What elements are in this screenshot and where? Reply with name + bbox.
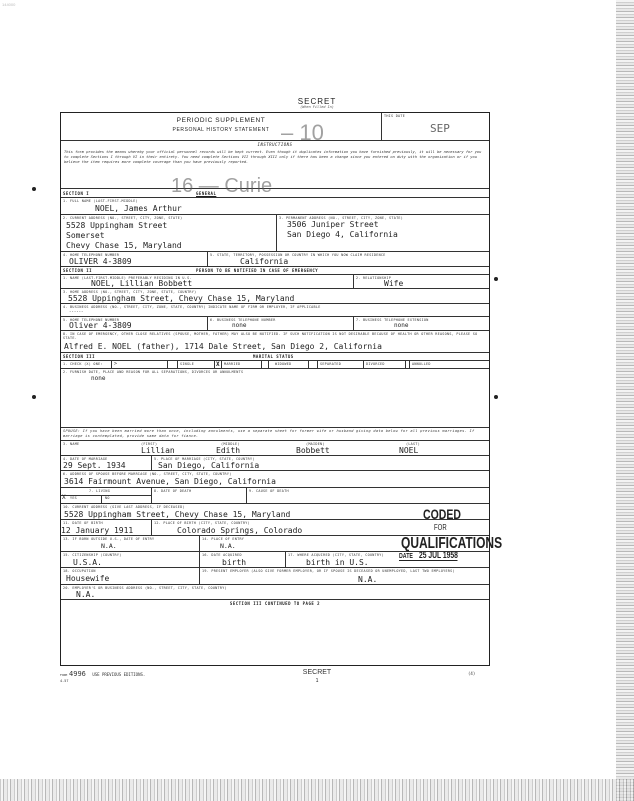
binder-hole-dot	[494, 277, 498, 281]
binder-hole-dot	[494, 395, 498, 399]
stamp-date: 25 JUL 1958	[419, 550, 458, 560]
section-3-header: SECTION III MARITAL STATUS	[61, 352, 489, 360]
married-checkbox[interactable]: X	[214, 361, 221, 368]
separations-field[interactable]: 2. FURNISH DATE, PLACE AND REASON FOR AL…	[61, 368, 489, 427]
present-employer-field[interactable]: 19. PRESENT EMPLOYER (Also give former e…	[199, 568, 489, 584]
emergency-business-address-field[interactable]: 4. BUSINESS ADDRESS (No., Street, City, …	[61, 303, 489, 316]
home-phone-field[interactable]: 4. HOME TELEPHONE NUMBER OLIVER 4-3809	[61, 252, 207, 266]
date-acquired-field[interactable]: 16. DATE ACQUIRED birth	[199, 552, 285, 567]
permanent-address-field[interactable]: 3. PERMANENT ADDRESS (No., Street, City,…	[276, 215, 489, 251]
section-1-header: SECTION I GENERAL 16 — Curie	[61, 188, 489, 197]
annulled-checkbox[interactable]: ANNULLED	[409, 361, 489, 368]
classification-subtitle: (When Filled In)	[0, 105, 634, 109]
instructions-text: This form provides the means whereby you…	[64, 150, 486, 165]
spouse-first-name: Lillian	[141, 446, 175, 455]
section-1-label: SECTION I	[63, 191, 89, 196]
section-continued-row: SECTION III CONTINUED TO PAGE 2	[61, 599, 489, 607]
full-name-value: NOEL, James Arthur	[95, 204, 182, 213]
other-relatives-field[interactable]: 8. IN CASE OF EMERGENCY, OTHER CLOSE REL…	[61, 330, 489, 352]
address-row: 2. CURRENT ADDRESS (No., Street, City, Z…	[61, 214, 489, 251]
binder-hole-dot	[32, 395, 36, 399]
spouse-middle-name: Edith	[216, 446, 240, 455]
where-acquired-field[interactable]: 17. WHERE ACQUIRED (City, State, Country…	[285, 552, 489, 567]
emergency-business-ext-field[interactable]: 7. BUSINESS TELEPHONE EXTENSION none	[353, 317, 489, 330]
full-name-field[interactable]: 1. FULL NAME (Last-First-Middle) NOEL, J…	[61, 197, 489, 214]
personal-history-form: PERIODIC SUPPLEMENT PERSONAL HISTORY STA…	[60, 112, 490, 666]
spouse-note: SPOUSE: If you have been married more th…	[61, 427, 489, 440]
relationship-field[interactable]: 2. RELATIONSHIP Wife	[353, 275, 489, 288]
instructions-heading: INSTRUCTIONS	[61, 142, 489, 147]
this-date-field[interactable]: THIS DATE SEP	[381, 113, 489, 140]
form-title: PERIODIC SUPPLEMENT	[61, 117, 381, 124]
marriage-row: 4. DATE OF MARRIAGE 29 Sept. 1934 5. PLA…	[61, 455, 489, 470]
emergency-home-phone-field[interactable]: 5. HOME TELEPHONE NUMBER Oliver 4-3809	[61, 317, 207, 330]
instructions-block: INSTRUCTIONS This form provides the mean…	[61, 140, 489, 188]
living-yes-checkbox[interactable]: X YES	[61, 495, 101, 503]
marriage-date-field[interactable]: 4. DATE OF MARRIAGE 29 Sept. 1934	[61, 456, 151, 470]
page-number: 1	[0, 678, 634, 684]
emergency-home-address-field[interactable]: 3. HOME ADDRESS (No., Street, City, Zone…	[61, 288, 489, 303]
phone-residence-row: 4. HOME TELEPHONE NUMBER OLIVER 4-3809 5…	[61, 251, 489, 266]
separated-checkbox[interactable]	[308, 361, 317, 368]
form-code: (4)	[468, 671, 475, 676]
stamp-for: FOR	[434, 523, 447, 532]
occupation-row: 18. OCCUPATION Housewife 19. PRESENT EMP…	[61, 567, 489, 584]
emergency-name-row: 1. NAME (Last-First-Middle) PREFERABLY R…	[61, 274, 489, 288]
emergency-name-field[interactable]: 1. NAME (Last-First-Middle) PREFERABLY R…	[61, 275, 353, 288]
divorced-checkbox[interactable]: DIVORCED	[363, 361, 405, 368]
single-checkbox[interactable]	[167, 361, 177, 368]
widowed-checkbox[interactable]	[261, 361, 268, 368]
binder-hole-dot	[32, 187, 36, 191]
birth-date-field[interactable]: 11. DATE OF BIRTH 12 January 1911	[61, 520, 151, 535]
spouse-prior-address-field[interactable]: 6. ADDRESS OF SPOUSE BEFORE MARRIAGE (No…	[61, 470, 489, 487]
employer-address-field[interactable]: 20. EMPLOYER'S OR BUSINESS ADDRESS (No.,…	[61, 584, 489, 599]
form-header: PERIODIC SUPPLEMENT PERSONAL HISTORY STA…	[61, 113, 489, 140]
this-date-value: SEP	[430, 122, 450, 135]
classification-bottom: SECRET	[0, 669, 634, 676]
scan-edge-artifact	[616, 0, 634, 801]
death-cause-field[interactable]: 9. CAUSE OF DEATH	[246, 488, 376, 503]
birth-place-field[interactable]: 12. PLACE OF BIRTH (City, State, Country…	[151, 520, 376, 535]
emergency-phones-row: 5. HOME TELEPHONE NUMBER Oliver 4-3809 6…	[61, 316, 489, 330]
section-2-header: SECTION II PERSON TO BE NOTIFIED IN CASE…	[61, 266, 489, 274]
residence-field[interactable]: 5. STATE, TERRITORY, POSSESSION OR COUNT…	[207, 252, 489, 266]
form-subtitle: PERSONAL HISTORY STATEMENT	[61, 127, 381, 133]
document-id: 144000	[2, 2, 15, 7]
handwritten-annotation: 16 — Curie	[171, 175, 272, 198]
scan-edge-artifact	[0, 779, 634, 801]
entry-date-field[interactable]: 13. IF BORN OUTSIDE U.S., DATE OF ENTRY …	[61, 536, 199, 551]
coded-stamp: CODED	[423, 506, 461, 522]
marriage-place-field[interactable]: 5. PLACE OF MARRIAGE (City, State, Count…	[151, 456, 489, 470]
spouse-last-name: NOEL	[399, 446, 418, 455]
death-date-field[interactable]: 8. DATE OF DEATH	[151, 488, 246, 503]
living-death-row: 7. LIVING X YES NO 8. DATE OF DEATH 9. C…	[61, 487, 489, 503]
living-no-checkbox[interactable]: NO	[101, 495, 151, 503]
spouse-name-row[interactable]: 3. NAME (First) Lillian (Middle) Edith (…	[61, 440, 489, 455]
emergency-business-phone-field[interactable]: 6. BUSINESS TELEPHONE NUMBER none	[207, 317, 353, 330]
citizenship-field[interactable]: 15. CITIZENSHIP (Country) U.S.A.	[61, 552, 199, 567]
marital-status-row: 1. CHECK (X) ONE: > SINGLE X MARRIED WID…	[61, 360, 489, 368]
occupation-field[interactable]: 18. OCCUPATION Housewife	[61, 568, 199, 584]
spouse-maiden-name: Bobbett	[296, 446, 330, 455]
current-address-field[interactable]: 2. CURRENT ADDRESS (No., Street, City, Z…	[61, 215, 276, 251]
